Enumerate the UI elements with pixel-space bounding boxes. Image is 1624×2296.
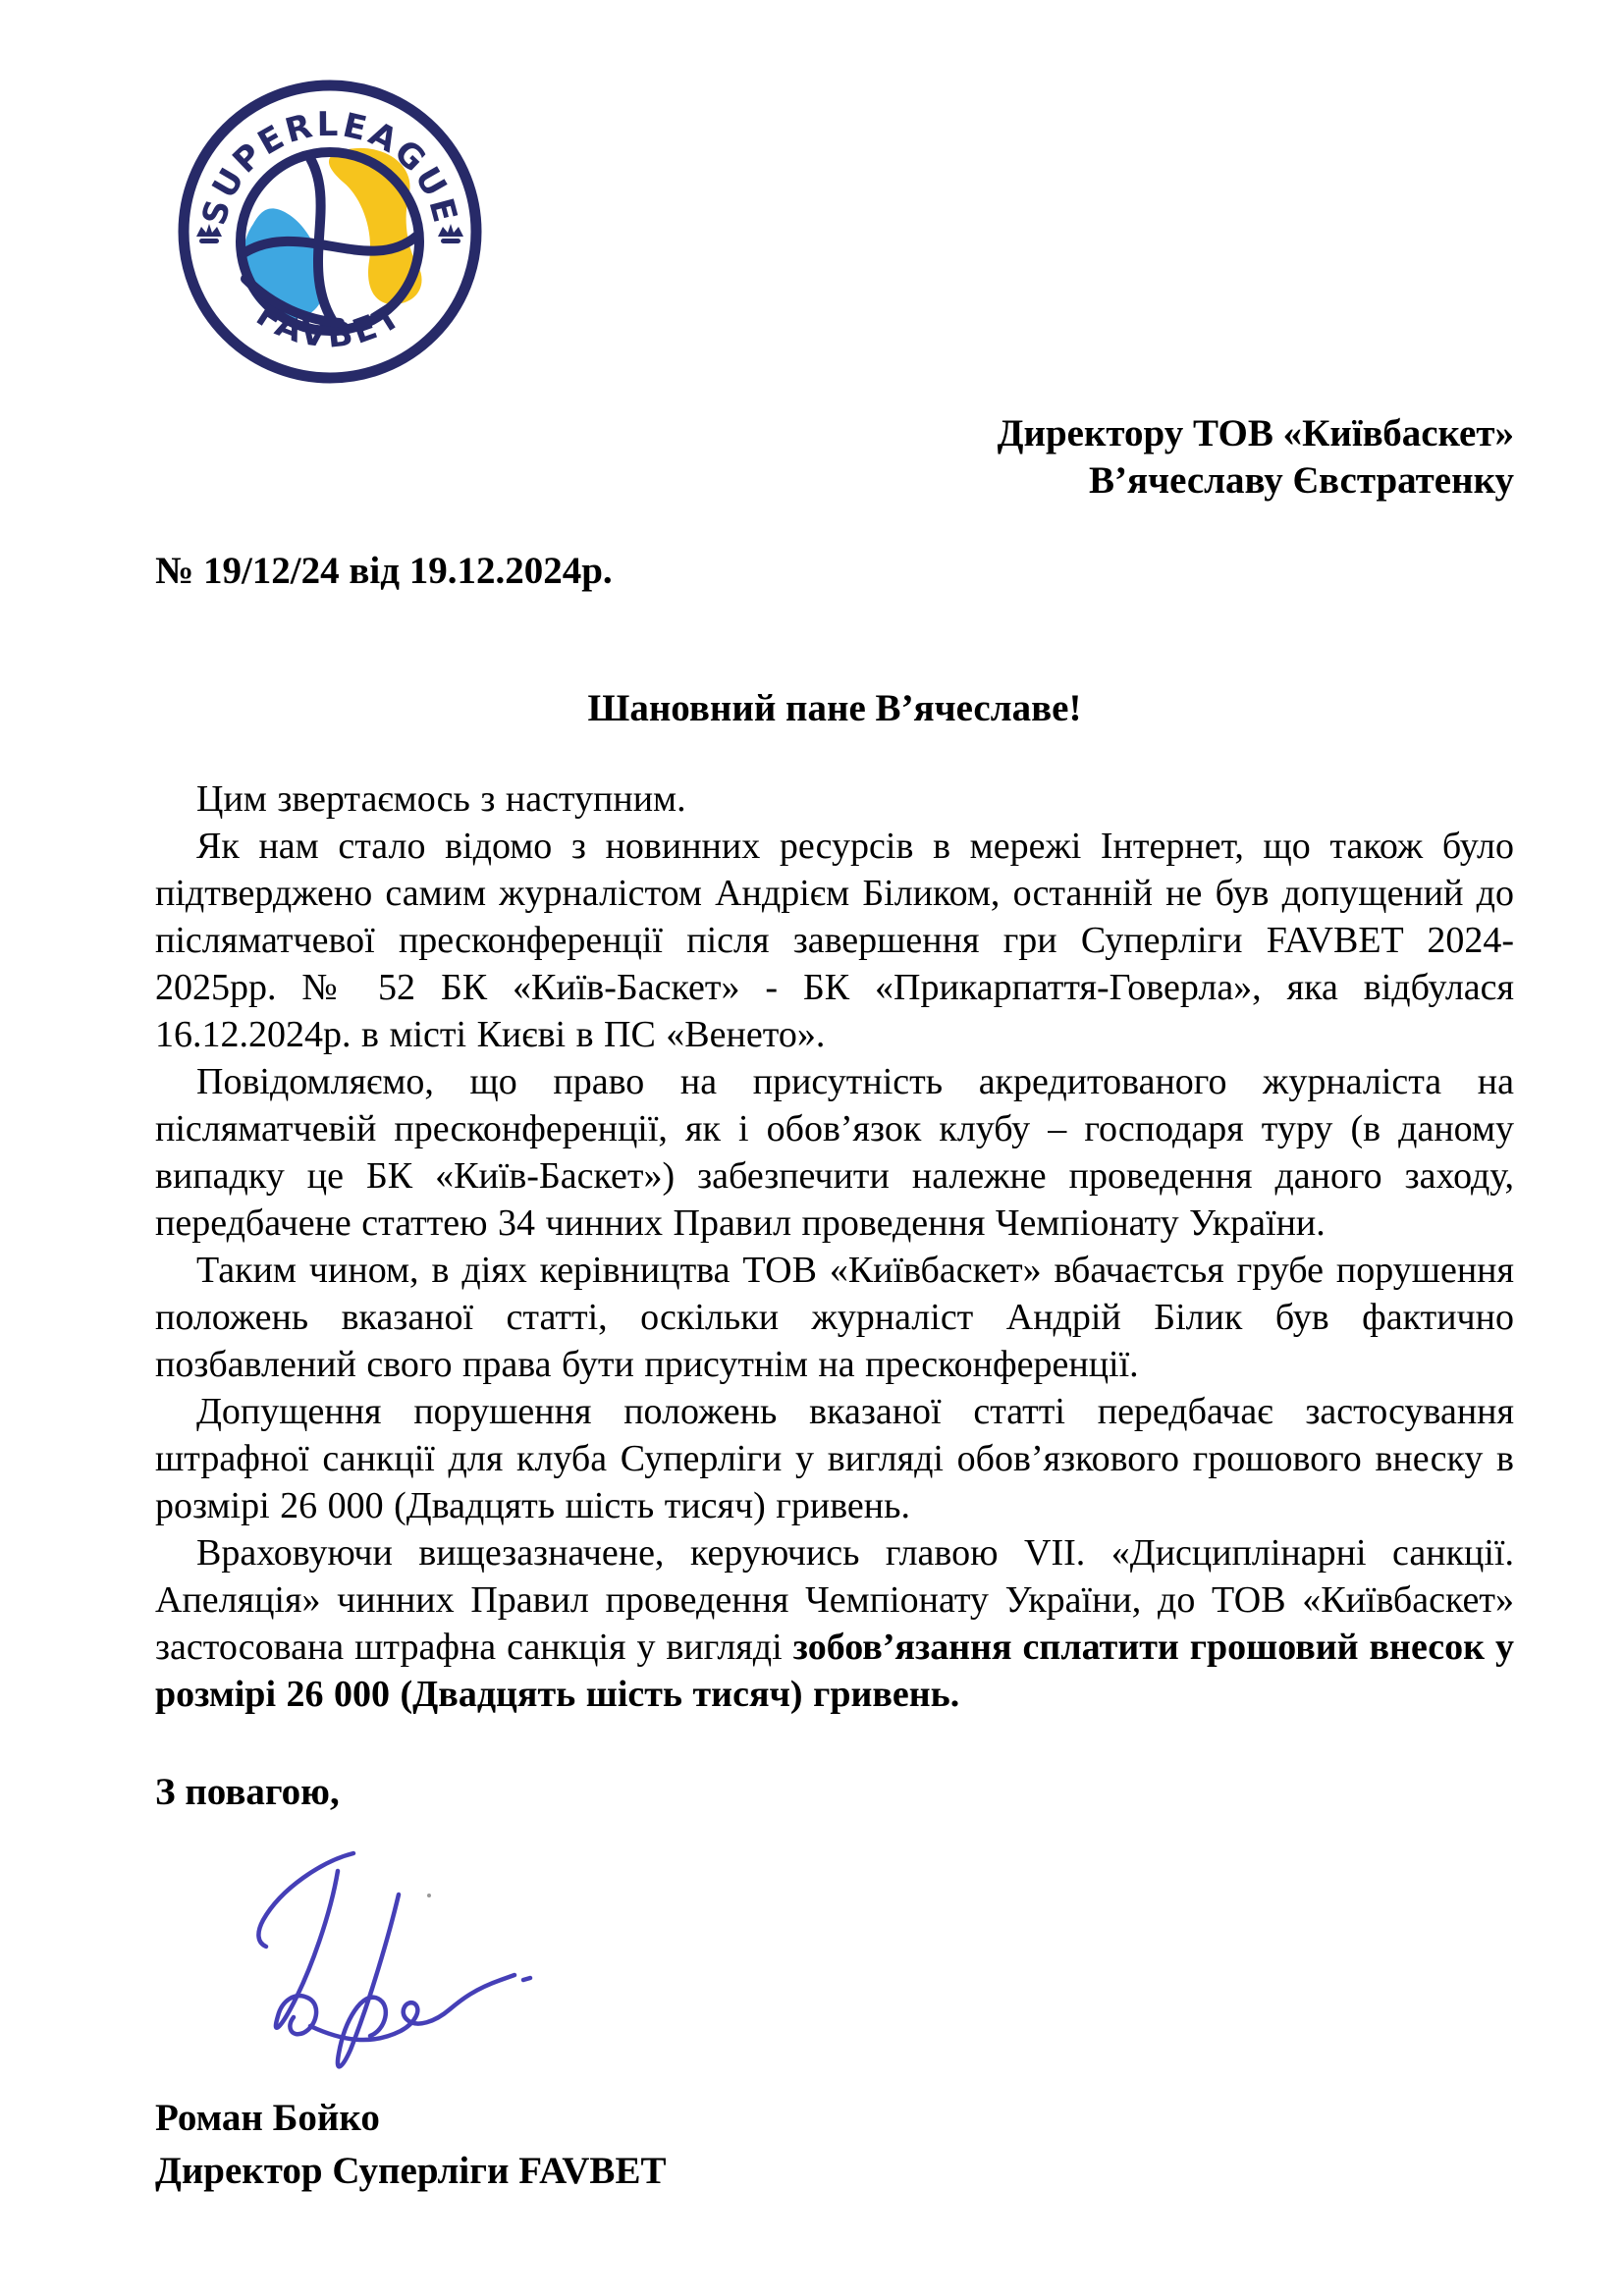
closing: З повагою, xyxy=(155,1769,1514,1816)
paragraph: Таким чином, в діях керівництва ТОВ «Киї… xyxy=(155,1247,1514,1388)
paragraph-text: Таким чином, в діях керівництва ТОВ «Киї… xyxy=(155,1250,1514,1385)
paragraph-text: Як нам стало відомо з новинних ресурсів … xyxy=(155,826,1514,1055)
paragraph: Допущення порушення положень вказаної ст… xyxy=(155,1388,1514,1529)
reference-number: № 19/12/24 від 19.12.2024р. xyxy=(155,548,1514,595)
recipient-block: Директору ТОВ «Київбаскет» В’ячеславу Єв… xyxy=(155,410,1514,505)
paragraph-text: Цим звертаємось з наступним. xyxy=(196,778,686,820)
signature-svg xyxy=(173,1843,624,2087)
signer-title: Директор Суперліги FAVBET xyxy=(155,2148,1514,2195)
letter-body: Цим звертаємось з наступним.Як нам стало… xyxy=(155,775,1514,1718)
paragraph-text: Допущення порушення положень вказаної ст… xyxy=(155,1391,1514,1526)
paragraph: Повідомляємо, що право на присутність ак… xyxy=(155,1058,1514,1247)
ink-dot xyxy=(427,1894,431,1897)
paragraph: Як нам стало відомо з новинних ресурсів … xyxy=(155,823,1514,1058)
letter-page: SUPERLEAGUE FAVBET xyxy=(0,0,1624,2296)
salutation: Шановний пане В’ячеславе! xyxy=(155,685,1514,732)
superleague-favbet-logo: SUPERLEAGUE FAVBET xyxy=(177,79,483,385)
recipient-line1: Директору ТОВ «Київбаскет» xyxy=(155,410,1514,457)
paragraph: Враховуючи вищезазначене, керуючись глав… xyxy=(155,1529,1514,1718)
paragraph: Цим звертаємось з наступним. xyxy=(155,775,1514,823)
paragraph-text: Повідомляємо, що право на присутність ак… xyxy=(155,1061,1514,1244)
recipient-line2: В’ячеславу Євстратенку xyxy=(155,457,1514,505)
signature-image xyxy=(173,1843,624,2087)
superleague-favbet-logo-svg: SUPERLEAGUE FAVBET xyxy=(177,79,483,385)
signer-name: Роман Бойко xyxy=(155,2095,1514,2142)
